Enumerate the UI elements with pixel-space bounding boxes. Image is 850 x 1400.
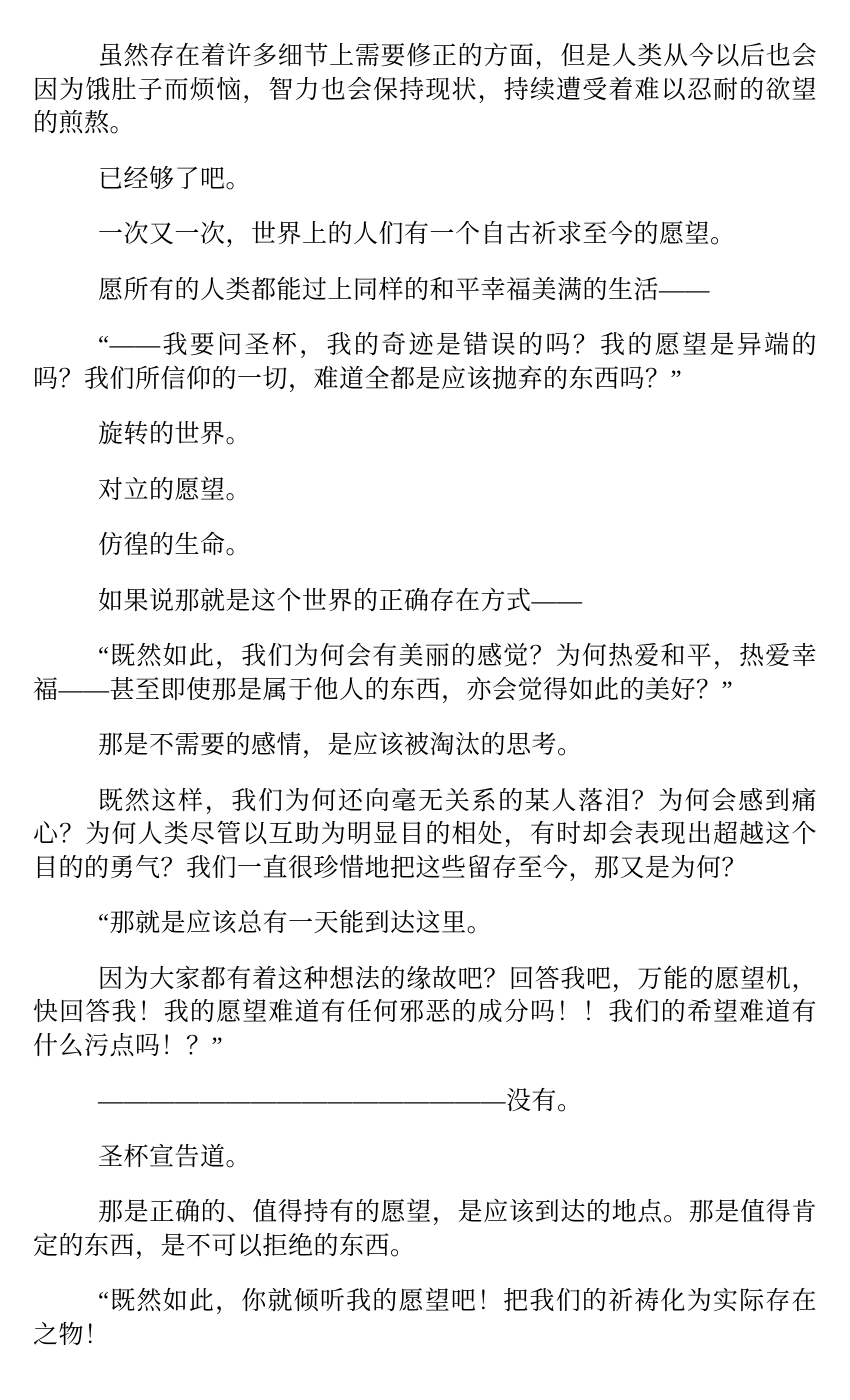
paragraph-5: “——我要问圣杯，我的奇迹是错误的吗？我的愿望是异端的吗？我们所信仰的一切，难道… xyxy=(33,329,817,396)
paragraph-4: 愿所有的人类都能过上同样的和平幸福美满的生活—— xyxy=(33,274,817,308)
paragraph-18: “既然如此，你就倾听我的愿望吧！把我们的祈祷化为实际存在之物！ xyxy=(33,1285,817,1352)
paragraph-13: “那就是应该总有一天能到达这里。 xyxy=(33,907,817,941)
paragraph-3: 一次又一次，世界上的人们有一个自古祈求至今的愿望。 xyxy=(33,218,817,252)
paragraph-6: 旋转的世界。 xyxy=(33,418,817,452)
paragraph-2: 已经够了吧。 xyxy=(33,163,817,197)
paragraph-17: 那是正确的、值得持有的愿望，是应该到达的地点。那是值得肯定的东西，是不可以拒绝的… xyxy=(33,1196,817,1263)
paragraph-1: 虽然存在着许多细节上需要修正的方面，但是人类从今以后也会因为饿肚子而烦恼，智力也… xyxy=(33,40,817,141)
paragraph-10: “既然如此，我们为何会有美丽的感觉？为何热爱和平，热爱幸福——甚至即使那是属于他… xyxy=(33,640,817,707)
paragraph-11: 那是不需要的感情，是应该被淘汰的思考。 xyxy=(33,729,817,763)
document-page: 虽然存在着许多细节上需要修正的方面，但是人类从今以后也会因为饿肚子而烦恼，智力也… xyxy=(0,0,850,1400)
text-body: 虽然存在着许多细节上需要修正的方面，但是人类从今以后也会因为饿肚子而烦恼，智力也… xyxy=(0,0,850,1352)
paragraph-7: 对立的愿望。 xyxy=(33,474,817,508)
paragraph-16: 圣杯宣告道。 xyxy=(33,1141,817,1175)
paragraph-14: 因为大家都有着这种想法的缘故吧？回答我吧，万能的愿望机，快回答我！我的愿望难道有… xyxy=(33,963,817,1064)
paragraph-9: 如果说那就是这个世界的正确存在方式—— xyxy=(33,585,817,619)
paragraph-12: 既然这样，我们为何还向毫无关系的某人落泪？为何会感到痛心？为何人类尽管以互助为明… xyxy=(33,785,817,886)
paragraph-15: ————————————————没有。 xyxy=(33,1085,817,1119)
paragraph-8: 仿徨的生命。 xyxy=(33,529,817,563)
